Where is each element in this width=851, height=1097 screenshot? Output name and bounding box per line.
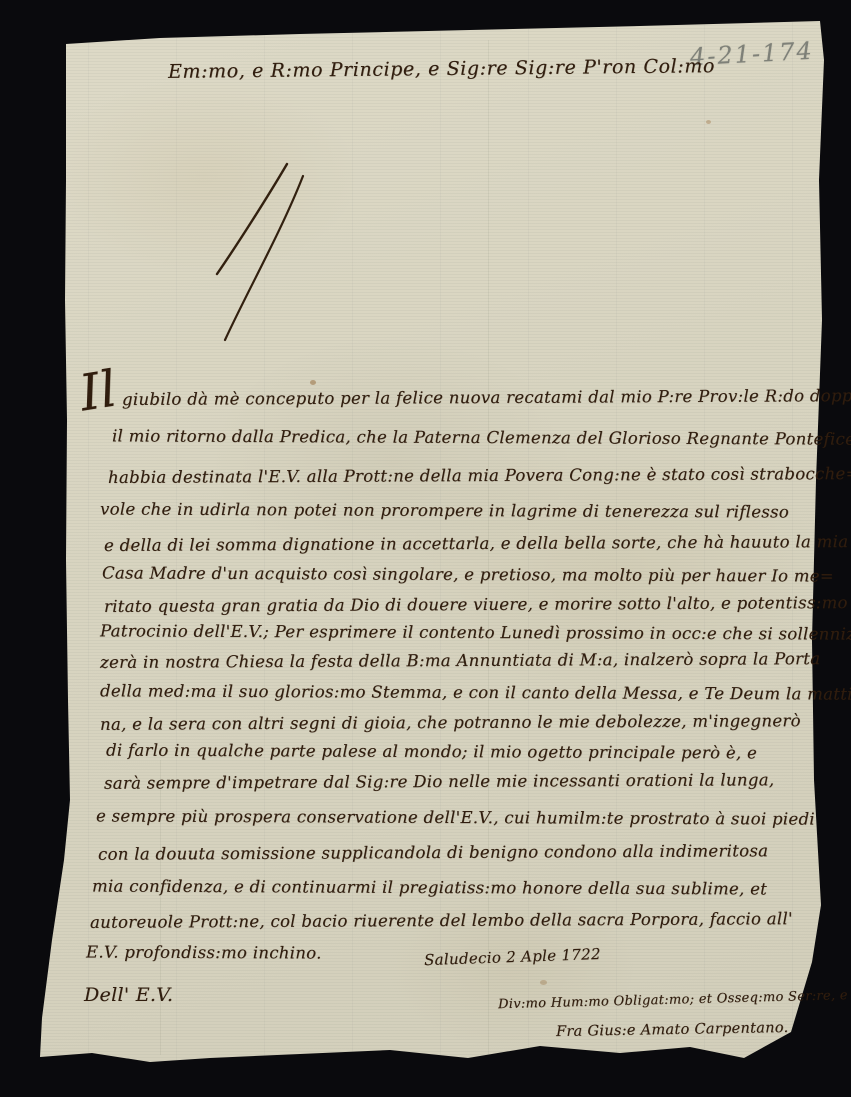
double-slash-marks-icon [205,150,320,350]
letter-line: E.V. profondiss:mo inchino. [86,942,322,962]
letter-line: sarà sempre d'impetrare dal Sig:re Dio n… [104,770,774,793]
closing-line: Dell' E.V. [84,984,173,1006]
letter-line: e sempre più prospera conservatione dell… [96,806,815,828]
paper-stain [706,120,711,124]
letter-line: Casa Madre d'un acquisto così singolare,… [102,563,834,585]
letter-line: con la douuta somissione supplicandola d… [98,841,768,864]
paper-stain [540,980,547,985]
letter-line: di farlo in qualche parte palese al mond… [106,741,757,763]
letter-line: mia confidenza, e di continuarmi il preg… [92,877,767,899]
paper-stain [310,380,316,385]
letter-line: ritato questa gran gratia da Dio di doue… [104,593,848,616]
letter-line: e della di lei somma dignatione in accet… [104,532,848,555]
letter-line: zerà in nostra Chiesa la festa della B:m… [100,649,820,672]
letter-line: na, e la sera con altri segni di gioia, … [100,711,801,734]
letter-line: della med:ma il suo glorios:mo Stemma, e… [100,681,851,703]
photo-background: 4-21-174 Em:mo, e R:mo Principe, e Sig:r… [0,0,851,1097]
letter-line: il mio ritorno dalla Predica, che la Pat… [112,426,851,448]
letter-line: vole che in udirla non potei non proromp… [100,499,789,521]
fold-crease [160,760,161,1055]
letter-line: habbia destinata l'E.V. alla Prott:ne de… [108,464,851,487]
letter-line: autoreuole Prott:ne, col bacio riuerente… [90,909,793,932]
letter-line: Patrocinio dell'E.V.; Per esprimere il c… [100,621,851,643]
letter-line: giubilo dà mè conceputo per la felice nu… [122,386,851,409]
